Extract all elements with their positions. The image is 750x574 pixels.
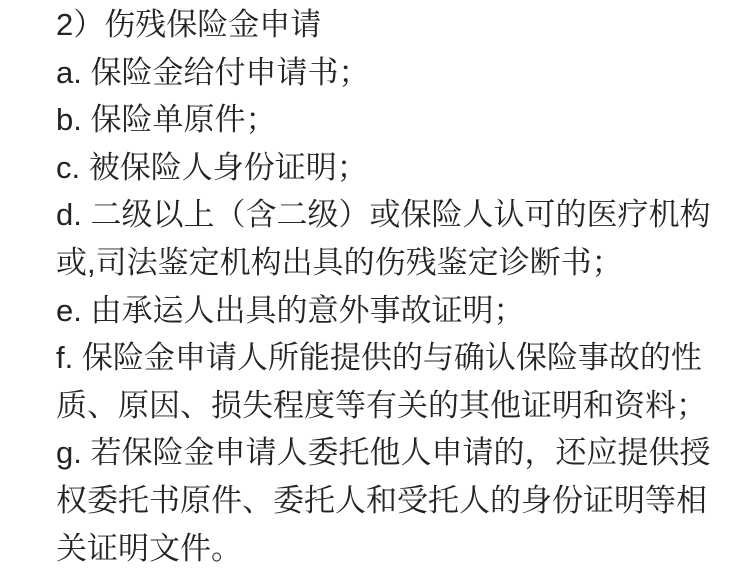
clause-g-line2: 权委托书原件、委托人和受托人的身份证明等相: [56, 477, 734, 525]
clause-f-line2: 质、原因、损失程度等有关的其他证明和资料；: [56, 382, 734, 430]
clause-a: a. 保险金给付申请书；: [56, 49, 734, 97]
clause-g-line3: 关证明文件。: [56, 525, 734, 573]
clause-g-line1: g. 若保险金申请人委托他人申请的，还应提供授: [56, 429, 734, 477]
section-heading: 2）伤残保险金申请: [56, 1, 734, 49]
clause-d-line1: d. 二级以上（含二级）或保险人认可的医疗机构: [56, 191, 734, 239]
clause-b: b. 保险单原件；: [56, 96, 734, 144]
document-page: 2）伤残保险金申请 a. 保险金给付申请书； b. 保险单原件； c. 被保险人…: [0, 0, 750, 574]
clause-c: c. 被保险人身份证明；: [56, 144, 734, 192]
clause-d-line2: 或,司法鉴定机构出具的伤残鉴定诊断书；: [56, 239, 734, 287]
clause-f-line1: f. 保险金申请人所能提供的与确认保险事故的性: [56, 334, 734, 382]
clause-e: e. 由承运人出具的意外事故证明；: [56, 287, 734, 335]
